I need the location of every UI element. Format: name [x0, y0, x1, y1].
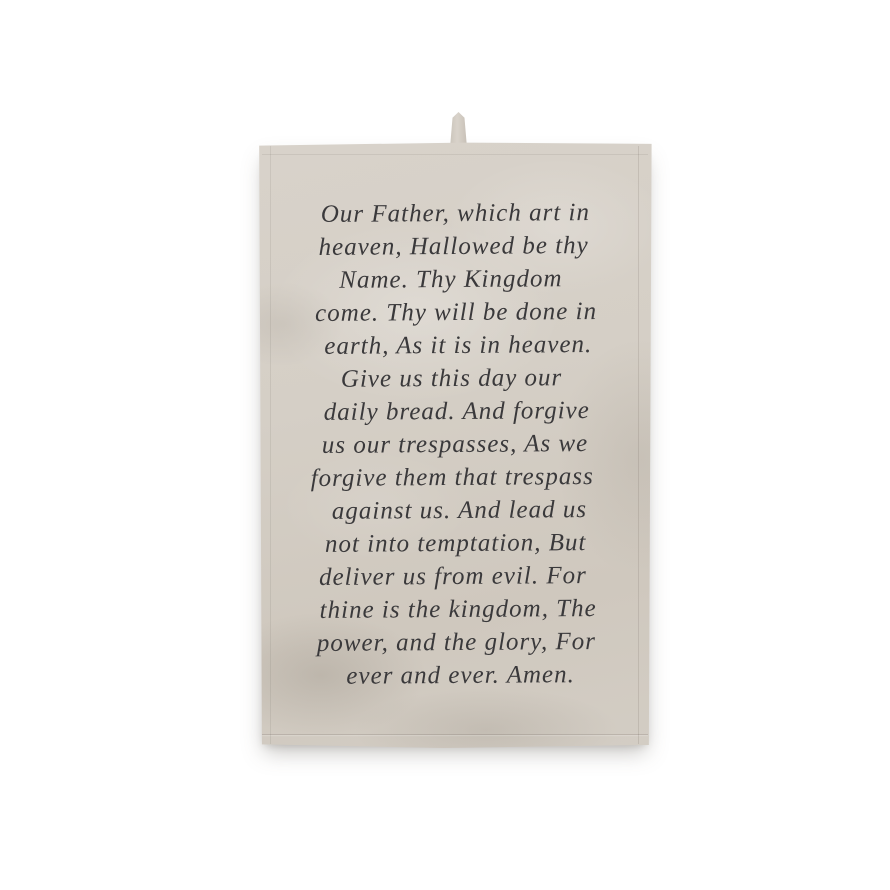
prayer-line: forgive them that trespass: [255, 460, 649, 496]
prayer-line: heaven, Hallowed be thy: [257, 229, 651, 265]
product-photo: Our Father, which art in heaven, Hallowe…: [0, 0, 890, 890]
prayer-line: Name. Thy Kingdom: [254, 262, 648, 298]
prayer-line: not into temptation, But: [259, 526, 653, 562]
prayer-text: Our Father, which art in heaven, Hallowe…: [256, 196, 653, 694]
prayer-line: come. Thy will be done in: [259, 295, 653, 331]
tea-towel: Our Father, which art in heaven, Hallowe…: [258, 142, 652, 748]
prayer-line: Give us this day our: [254, 361, 648, 397]
prayer-line: us our trespasses, As we: [258, 427, 652, 463]
prayer-line: daily bread. And forgive: [260, 394, 654, 430]
bottom-hem-stitch: [262, 734, 648, 735]
prayer-line: Our Father, which art in: [258, 196, 652, 232]
prayer-line: power, and the glory, For: [259, 625, 653, 661]
prayer-line: thine is the kingdom, The: [261, 592, 655, 628]
hanging-loop: [447, 112, 470, 148]
top-hem-stitch: [262, 154, 648, 155]
prayer-line: ever and ever. Amen.: [264, 658, 658, 694]
prayer-line: deliver us from evil. For: [256, 559, 650, 595]
prayer-line: against us. And lead us: [262, 493, 656, 529]
prayer-line: earth, As it is in heaven.: [261, 328, 655, 364]
